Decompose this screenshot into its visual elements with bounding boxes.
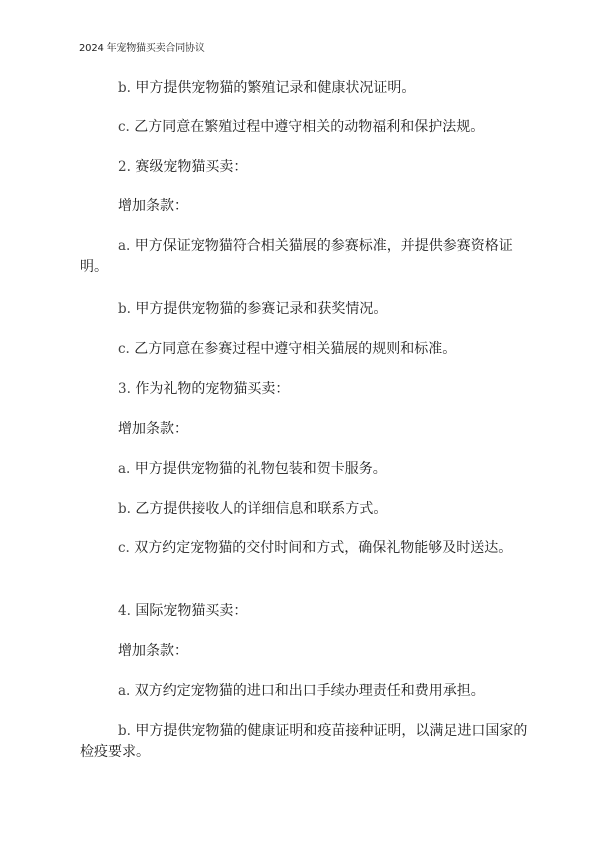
item-text: 甲方保证宠物猫符合相关猫展的参赛标准，并提供参赛资格证明。 [80,238,513,275]
item-text: 乙方提供接收人的详细信息和联系方式。 [131,501,387,517]
item-label: a. [118,683,130,699]
paragraph: c. 双方约定宠物猫的交付时间和方式，确保礼物能够及时送达。 [80,538,540,559]
item-text: 甲方提供宠物猫的繁殖记录和健康状况证明。 [131,80,415,96]
paragraph: a. 双方约定宠物猫的进口和出口手续办理责任和费用承担。 [80,681,540,702]
section-heading: 4. 国际宠物猫买卖： [80,601,540,622]
paragraph: b. 甲方提供宠物猫的健康证明和疫苗接种证明，以满足进口国家的检疫要求。 [80,721,540,763]
item-label: a. [118,238,130,254]
item-text: 甲方提供宠物猫的健康证明和疫苗接种证明，以满足进口国家的检疫要求。 [80,723,527,760]
item-text: 增加条款： [118,643,188,659]
paragraph: c. 乙方同意在参赛过程中遵守相关猫展的规则和标准。 [80,339,540,360]
subheading: 增加条款： [80,419,540,440]
item-text: 乙方同意在参赛过程中遵守相关猫展的规则和标准。 [130,341,456,357]
paragraph: b. 甲方提供宠物猫的参赛记录和获奖情况。 [80,299,540,320]
item-text: 增加条款： [118,421,188,437]
item-text: 国际宠物猫买卖： [131,603,247,619]
paragraph: b. 乙方提供接收人的详细信息和联系方式。 [80,499,540,520]
item-text: 双方约定宠物猫的交付时间和方式，确保礼物能够及时送达。 [130,540,512,556]
item-text: 乙方同意在繁殖过程中遵守相关的动物福利和保护法规。 [130,119,484,135]
item-label: c. [118,540,130,556]
item-text: 甲方提供宠物猫的礼物包装和贺卡服务。 [130,461,386,477]
item-label: 2. [118,159,131,175]
item-text: 双方约定宠物猫的进口和出口手续办理责任和费用承担。 [130,683,484,699]
page-header: 2024 年宠物猫买卖合同协议 [79,39,205,54]
item-label: b. [118,723,131,739]
subheading: 增加条款： [80,641,540,662]
item-label: a. [118,461,130,477]
item-label: c. [118,341,130,357]
item-label: 4. [118,603,131,619]
section-heading: 2. 赛级宠物猫买卖： [80,157,540,178]
item-text: 甲方提供宠物猫的参赛记录和获奖情况。 [131,301,387,317]
item-label: b. [118,301,131,317]
paragraph: a. 甲方保证宠物猫符合相关猫展的参赛标准，并提供参赛资格证明。 [80,236,540,278]
paragraph: c. 乙方同意在繁殖过程中遵守相关的动物福利和保护法规。 [80,117,540,138]
item-text: 增加条款： [118,198,188,214]
section-heading: 3. 作为礼物的宠物猫买卖： [80,379,540,400]
item-text: 作为礼物的宠物猫买卖： [131,381,289,397]
item-text: 赛级宠物猫买卖： [131,159,247,175]
subheading: 增加条款： [80,196,540,217]
item-label: c. [118,119,130,135]
item-label: 3. [118,381,131,397]
item-label: b. [118,501,131,517]
paragraph: a. 甲方提供宠物猫的礼物包装和贺卡服务。 [80,459,540,480]
item-label: b. [118,80,131,96]
paragraph: b. 甲方提供宠物猫的繁殖记录和健康状况证明。 [80,78,540,99]
